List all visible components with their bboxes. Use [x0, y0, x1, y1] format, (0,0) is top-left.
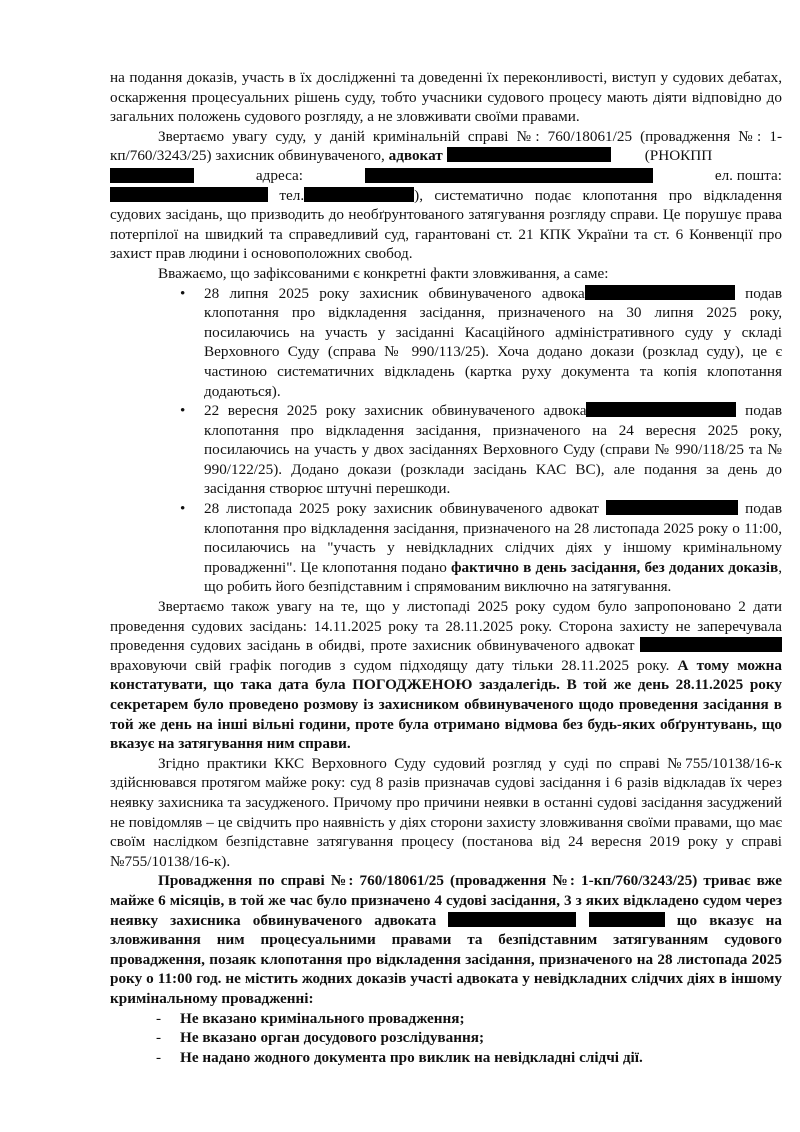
- paragraph-attention-cont: тел.), систематично подає клопотання про…: [110, 186, 782, 264]
- document-page: на подання доказів, участь в їх дослідже…: [110, 68, 782, 1067]
- missing-item: Не вказано кримінального провадження;: [180, 1009, 782, 1029]
- redaction-name: [586, 402, 736, 417]
- redaction-name: [640, 637, 782, 652]
- paragraph-november-dates: Звертаємо також увагу на те, що у листоп…: [110, 597, 782, 754]
- missing-item: Не вказано орган досудового розслідуванн…: [180, 1028, 782, 1048]
- redacted-contact-line: адреса: ел. пошта:: [110, 166, 782, 186]
- paragraph-case-practice: Згідно практики ККС Верховного Суду судо…: [110, 754, 782, 872]
- paragraph-facts-intro: Вважаємо, що зафіксованими є конкретні ф…: [110, 264, 782, 284]
- redaction-name: [585, 285, 735, 300]
- redaction-rnokpp: [110, 168, 194, 183]
- fact-item: 28 липня 2025 року захисник обвинувачено…: [204, 284, 782, 402]
- paragraph-attention: Звертаємо увагу суду, у даній кримінальн…: [110, 127, 782, 166]
- fact-item: 28 листопада 2025 року захисник обвинува…: [204, 499, 782, 597]
- missing-item: Не надано жодного документа про виклик н…: [180, 1048, 782, 1068]
- facts-list: 28 липня 2025 року захисник обвинувачено…: [110, 284, 782, 598]
- redaction-name: [606, 500, 738, 515]
- paragraph-intro-continuation: на подання доказів, участь в їх дослідже…: [110, 68, 782, 127]
- redaction-email: [110, 187, 268, 202]
- redaction-phone: [304, 187, 414, 202]
- redaction-name: [448, 912, 576, 927]
- fact-item: 22 вересня 2025 року захисник обвинуваче…: [204, 401, 782, 499]
- redaction-name: [447, 147, 611, 162]
- redaction-address: [365, 168, 653, 183]
- redaction-name: [589, 912, 665, 927]
- missing-evidence-list: Не вказано кримінального провадження; Не…: [110, 1009, 782, 1068]
- paragraph-proceedings: Провадження по справі №: 760/18061/25 (п…: [110, 871, 782, 1008]
